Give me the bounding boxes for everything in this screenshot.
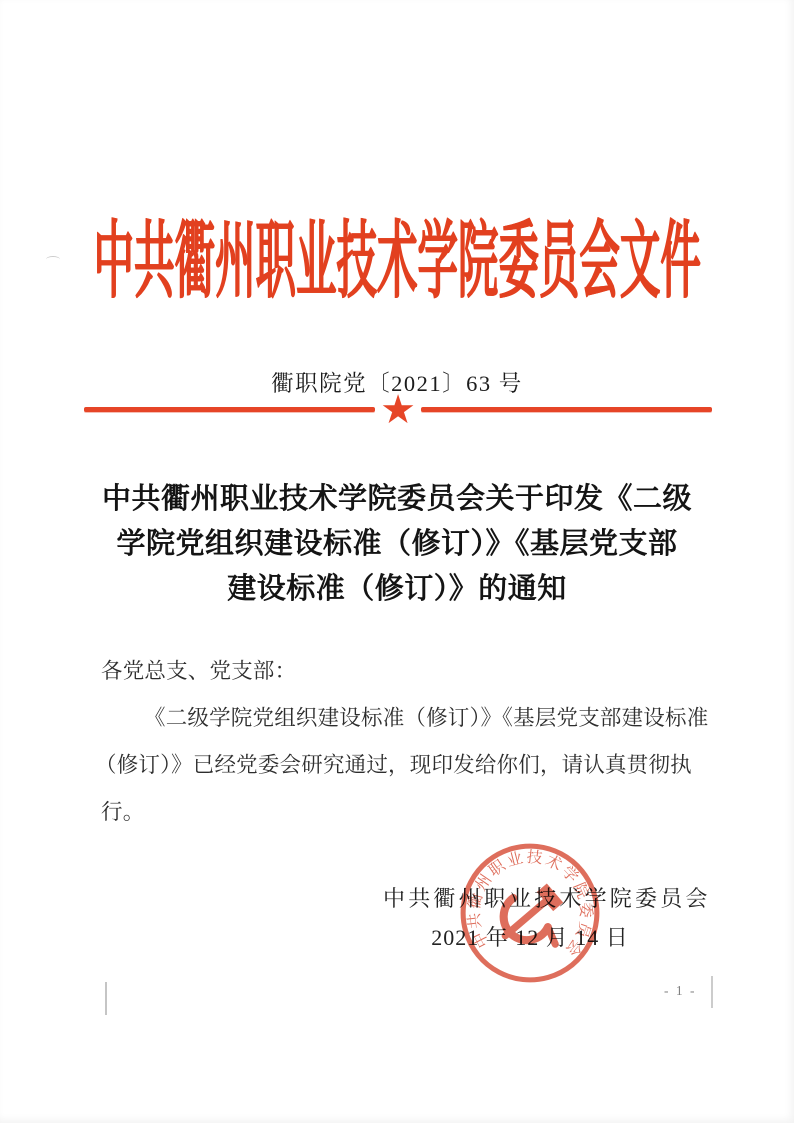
paragraph-line: 行。 — [101, 789, 713, 836]
scan-artifact-line-left — [105, 982, 107, 1015]
paragraph-line: （修订）》已经党委会研究通过，现印发给你们，请认真贯彻执 — [95, 742, 713, 789]
body-text: 各党总支、党支部： 《二级学院党组织建设标准（修订）》《基层党支部建设标准 （修… — [101, 648, 713, 836]
scan-artifact-line-right — [711, 976, 713, 1008]
red-header-title: 中共衢州职业技术学院委员会文件 — [93, 192, 700, 315]
official-seal: 中共衢州职业技术学院委员会 — [446, 829, 613, 996]
page-number: - 1 - — [664, 983, 697, 999]
divider-line-left — [84, 407, 375, 412]
notice-title: 中共衢州职业技术学院委员会关于印发《二级 学院党组织建设标准（修订）》《基层党支… — [0, 477, 794, 612]
divider-line-right — [421, 407, 712, 412]
notice-title-line: 学院党组织建设标准（修订）》《基层党支部 — [0, 522, 794, 567]
salutation: 各党总支、党支部： — [101, 648, 713, 695]
red-divider: ★ — [84, 407, 712, 412]
document-page: 中共衢州职业技术学院委员会文件 衢职院党〔2021〕63 号 ★ 中共衢州职业技… — [0, 0, 794, 1123]
seal-ring-text-holder: 中共衢州职业技术学院委员会 — [461, 842, 602, 963]
scan-artifact-squiggle — [46, 256, 60, 263]
hammer-sickle-icon — [501, 884, 561, 944]
paragraph-line: 《二级学院党组织建设标准（修订）》《基层党支部建设标准 — [101, 695, 713, 742]
red-header: 中共衢州职业技术学院委员会文件 — [0, 192, 794, 256]
star-icon: ★ — [380, 407, 416, 412]
notice-title-line: 中共衢州职业技术学院委员会关于印发《二级 — [0, 477, 794, 522]
seal-ring-text: 中共衢州职业技术学院委员会 — [461, 842, 602, 963]
notice-title-line: 建设标准（修订）》的通知 — [0, 567, 794, 612]
